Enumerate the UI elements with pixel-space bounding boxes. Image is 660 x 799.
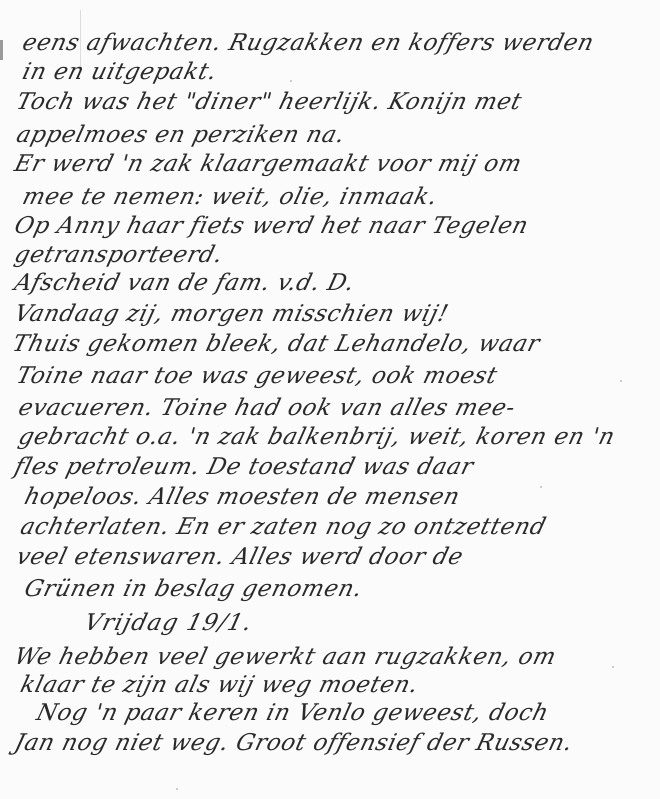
handwritten-line: Thuis gekomen bleek, dat Lehandelo, waar (10, 333, 542, 356)
handwritten-line: evacueren. Toine had ook van alles mee- (16, 397, 518, 420)
handwritten-line: Vandaag zij, morgen misschien wij! (12, 303, 451, 326)
diary-page: eens afwachten. Rugzakken en koffers wer… (0, 0, 660, 799)
handwritten-line: Toine naar toe was geweest, ook moest (14, 365, 500, 388)
handwritten-line: klaar te zijn als wij weg moeten. (18, 674, 421, 697)
handwritten-line: in en uitgepakt. (20, 61, 219, 84)
paper-speck (540, 486, 542, 488)
handwritten-line: fles petroleum. De toestand was daar (12, 456, 476, 479)
diary-entry-date: Vrijdag 19/1. (82, 612, 255, 635)
handwritten-line: Op Anny haar fiets werd het naar Tegelen (12, 215, 531, 238)
handwritten-line: Er werd 'n zak klaargemaakt voor mij om (12, 153, 524, 176)
handwritten-line: Nog 'n paar keren in Venlo geweest, doch (34, 702, 551, 725)
handwritten-line: getransporteerd. (12, 244, 225, 267)
handwritten-line: veel etenswaren. Alles werd door de (14, 546, 466, 569)
handwritten-line: appelmoes en perziken na. (14, 124, 347, 147)
paper-speck (176, 788, 178, 790)
handwritten-line: mee te nemen: weit, olie, inmaak. (20, 186, 440, 209)
paper-speck (620, 380, 622, 382)
handwritten-line: achterlaten. En er zaten nog zo ontzette… (18, 516, 548, 539)
handwritten-line: Toch was het "diner" heerlijk. Konijn me… (14, 91, 524, 114)
scan-margin-mark (0, 40, 3, 60)
handwritten-line: Afscheid van de fam. v.d. D. (12, 272, 357, 295)
handwritten-line: hopeloos. Alles moesten de mensen (22, 486, 462, 509)
handwritten-line: eens afwachten. Rugzakken en koffers wer… (20, 32, 596, 55)
paper-speck (612, 666, 614, 668)
handwritten-line: gebracht o.a. 'n zak balkenbrij, weit, k… (16, 426, 617, 449)
handwritten-line: We hebben veel gewerkt aan rugzakken, om (12, 646, 559, 669)
paper-speck (290, 80, 292, 82)
handwritten-line: Grünen in beslag genomen. (22, 578, 365, 601)
handwritten-line: Jan nog niet weg. Groot offensief der Ru… (12, 732, 575, 755)
